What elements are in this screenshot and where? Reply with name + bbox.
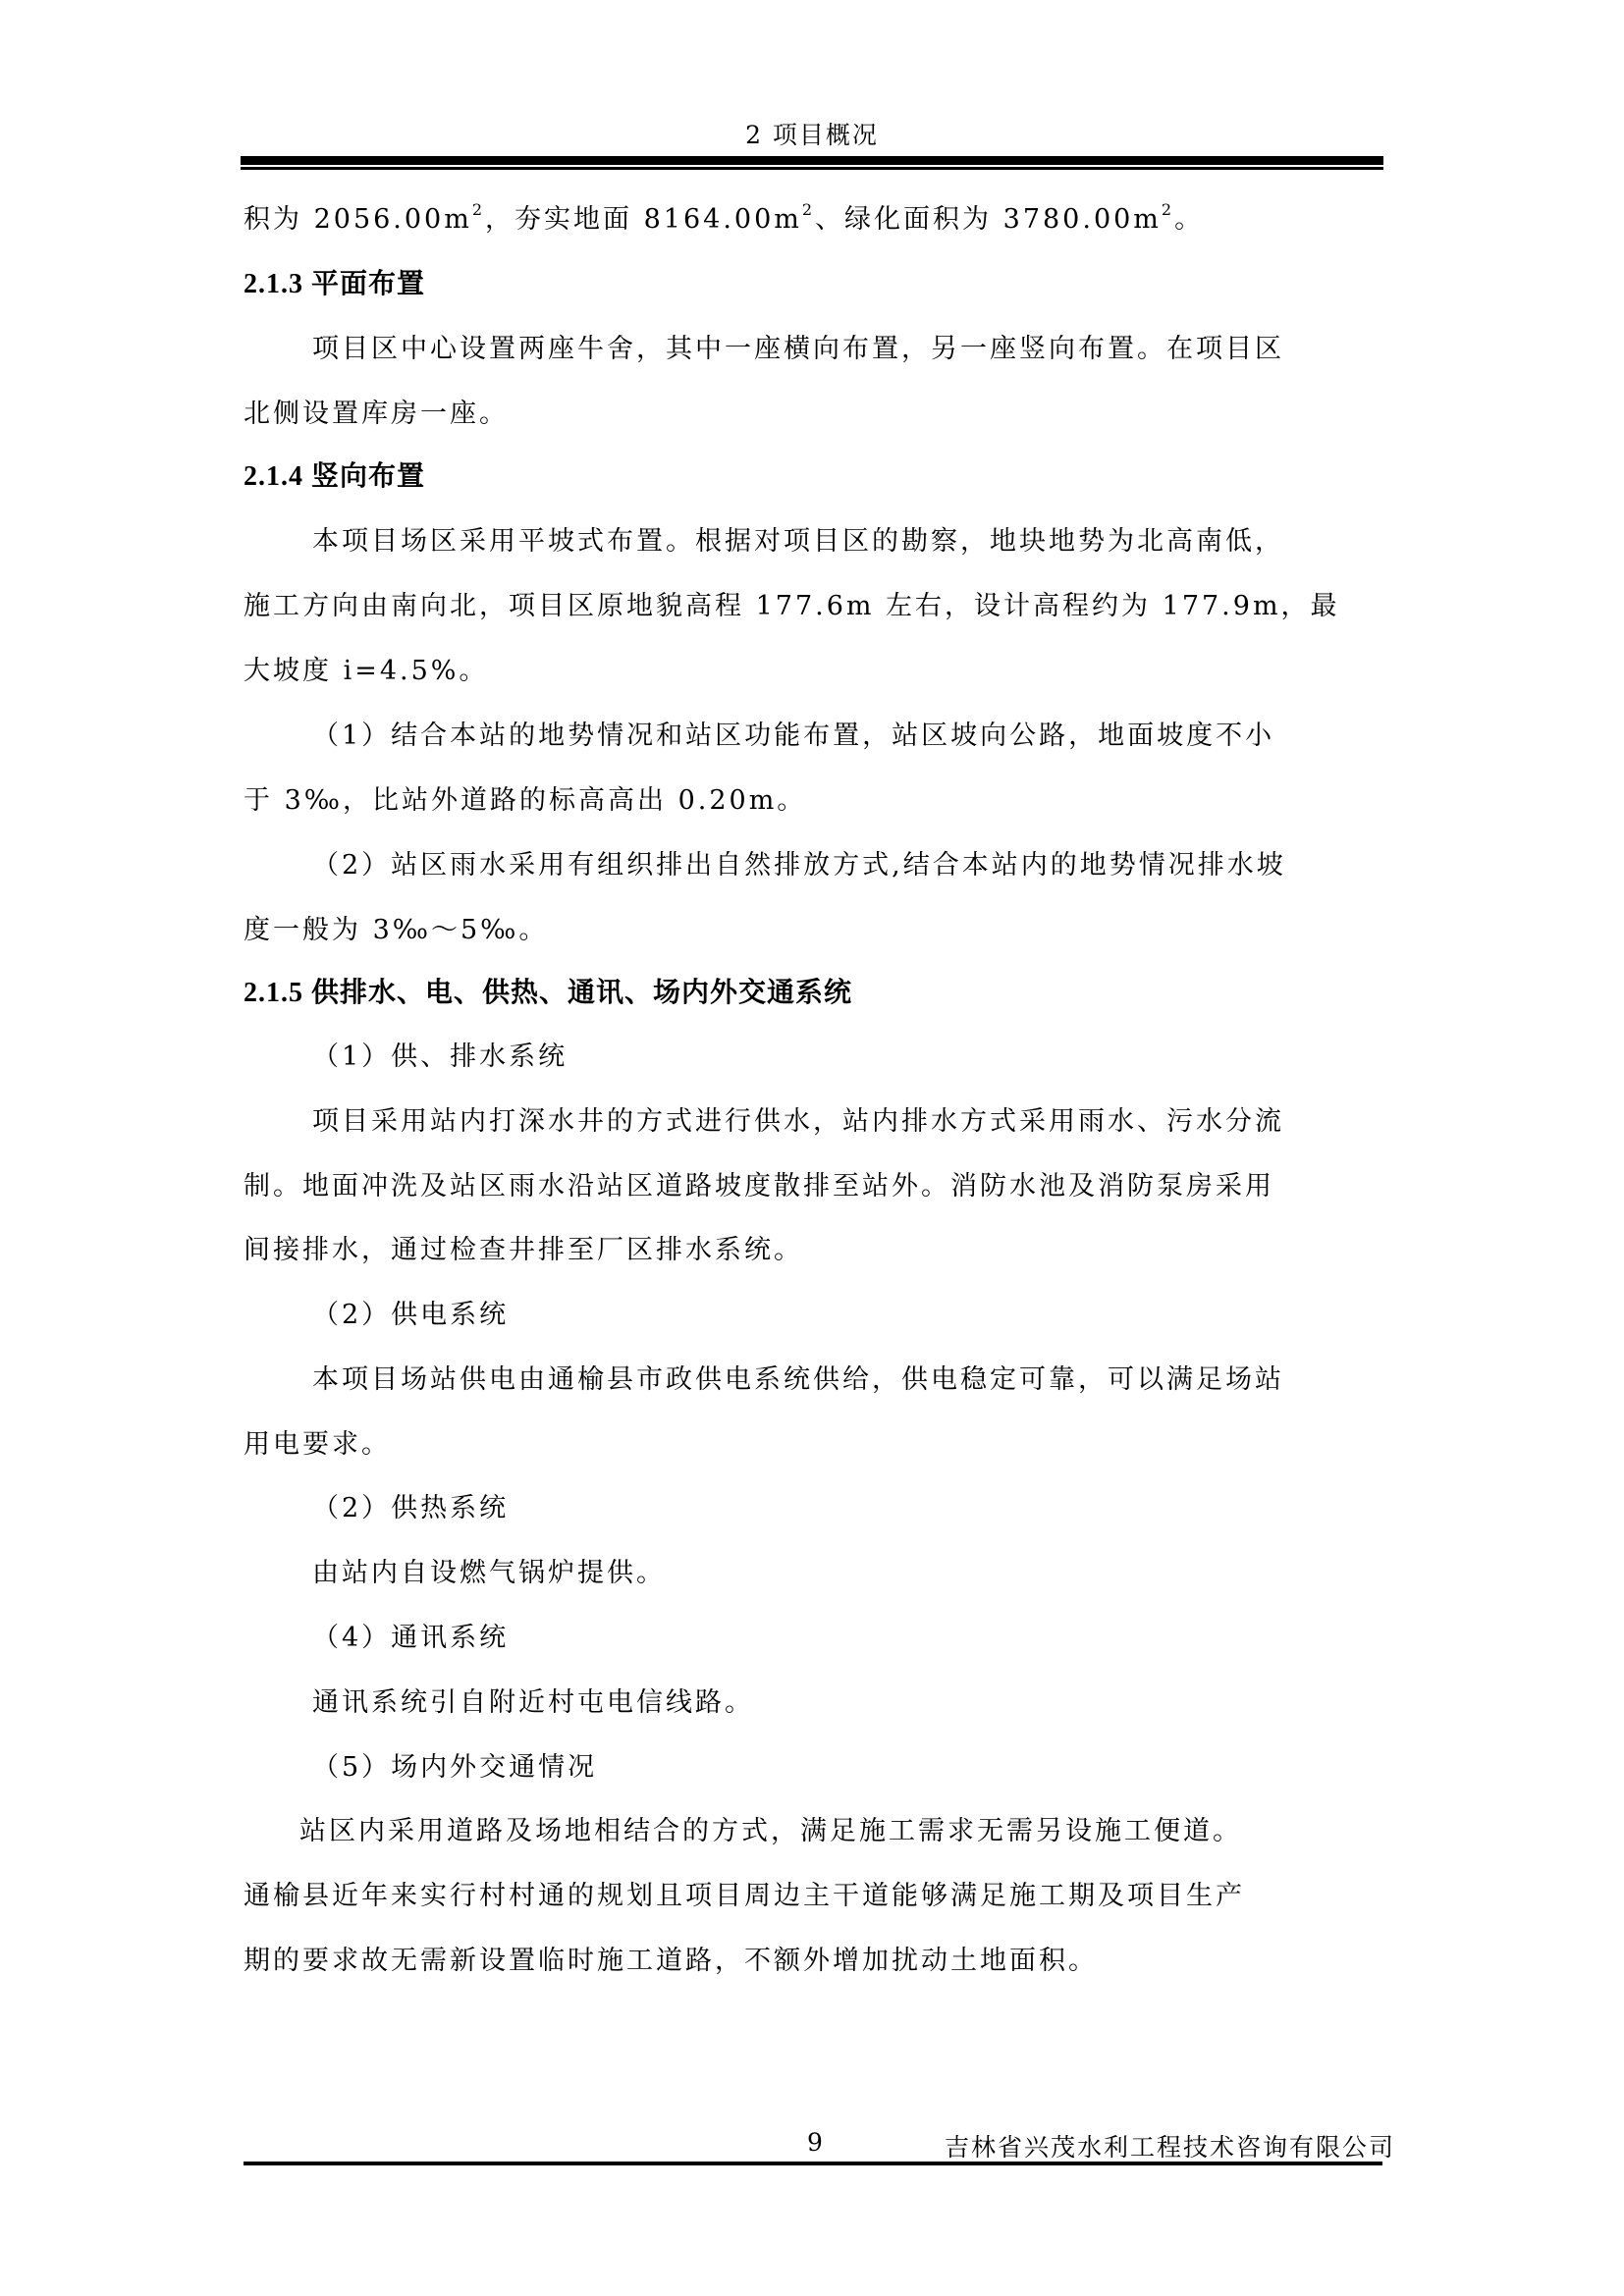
superscript: 2 bbox=[472, 200, 485, 219]
paragraph-line: 制。地面冲洗及站区雨水沿站区道路坡度散排至站外。消防水池及消防泵房采用 bbox=[244, 1173, 1274, 1200]
running-header-title: 2 项目概况 bbox=[0, 116, 1624, 151]
paragraph-line: 施工方向由南向北，项目区原地貌高程 177.6m 左右，设计高程约为 177.9… bbox=[244, 593, 1340, 619]
subsection-title: （2）供热系统 bbox=[312, 1495, 509, 1522]
paragraph-line: 本项目场区采用平坡式布置。根据对项目区的勘察，地块地势为北高南低， bbox=[312, 528, 1284, 555]
superscript: 2 bbox=[802, 200, 815, 219]
page-number: 9 bbox=[807, 2128, 823, 2157]
footer-rule bbox=[244, 2162, 1382, 2165]
paragraph-area-continued: 积为 2056.00m2，夯实地面 8164.00m2、绿化面积为 3780.0… bbox=[244, 206, 1204, 233]
section-heading-2-1-3: 2.1.3 平面布置 bbox=[244, 271, 425, 298]
text-segment: 、绿化面积为 3780.00m bbox=[815, 204, 1162, 235]
subsection-title: （5）场内外交通情况 bbox=[312, 1754, 597, 1781]
paragraph-line: 期的要求故无需新设置临时施工道路，不额外增加扰动土地面积。 bbox=[244, 1948, 1098, 1974]
text-segment: ，夯实地面 8164.00m bbox=[485, 204, 802, 235]
text-segment: 积为 2056.00m bbox=[244, 204, 472, 235]
paragraph-line: 通讯系统引自附近村屯电信线路。 bbox=[312, 1689, 754, 1716]
paragraph-line: 大坡度 i=4.5%。 bbox=[244, 658, 488, 684]
paragraph-line: 项目采用站内打深水井的方式进行供水，站内排水方式采用雨水、污水分流 bbox=[312, 1108, 1284, 1135]
paragraph-line: 通榆县近年来实行村村通的规划且项目周边主干道能够满足施工期及项目生产 bbox=[244, 1883, 1245, 1909]
subsection-title: （1）供、排水系统 bbox=[312, 1043, 568, 1070]
text-segment: 。 bbox=[1174, 204, 1204, 235]
header-rule-thick bbox=[241, 156, 1383, 165]
list-item-line: （2）站区雨水采用有组织排出自然排放方式,结合本站内的地势情况排水坡 bbox=[312, 852, 1286, 879]
paragraph-line: 北侧设置库房一座。 bbox=[244, 400, 509, 427]
header-rule-thin bbox=[241, 167, 1383, 170]
section-heading-2-1-5: 2.1.5 供排水、电、供热、通讯、场内外交通系统 bbox=[244, 980, 852, 1007]
paragraph-line: 用电要求。 bbox=[244, 1431, 391, 1458]
subsection-title: （4）通讯系统 bbox=[312, 1625, 509, 1651]
paragraph-line: 间接排水，通过检查井排至厂区排水系统。 bbox=[244, 1237, 803, 1263]
list-item-line: 于 3‰，比站外道路的标高高出 0.20m。 bbox=[244, 787, 806, 814]
paragraph-line: 项目区中心设置两座牛舍，其中一座横向布置，另一座竖向布置。在项目区 bbox=[312, 336, 1284, 362]
paragraph-line: 本项目场站供电由通榆县市政供电系统供给，供电稳定可靠，可以满足场站 bbox=[312, 1366, 1284, 1393]
paragraph-line: 由站内自设燃气锅炉提供。 bbox=[312, 1560, 666, 1586]
subsection-title: （2）供电系统 bbox=[312, 1302, 509, 1328]
paragraph-line: 站区内采用道路及场地相结合的方式，满足施工需求无需另设施工便道。 bbox=[299, 1818, 1242, 1844]
superscript: 2 bbox=[1162, 200, 1174, 219]
list-item-line: 度一般为 3‰～5‰。 bbox=[244, 917, 548, 943]
list-item-line: （1）结合本站的地势情况和站区功能布置，站区坡向公路，地面坡度不小 bbox=[312, 722, 1274, 749]
section-heading-2-1-4: 2.1.4 竖向布置 bbox=[244, 463, 425, 491]
footer-company-name: 吉林省兴茂水利工程技术咨询有限公司 bbox=[945, 2128, 1395, 2163]
